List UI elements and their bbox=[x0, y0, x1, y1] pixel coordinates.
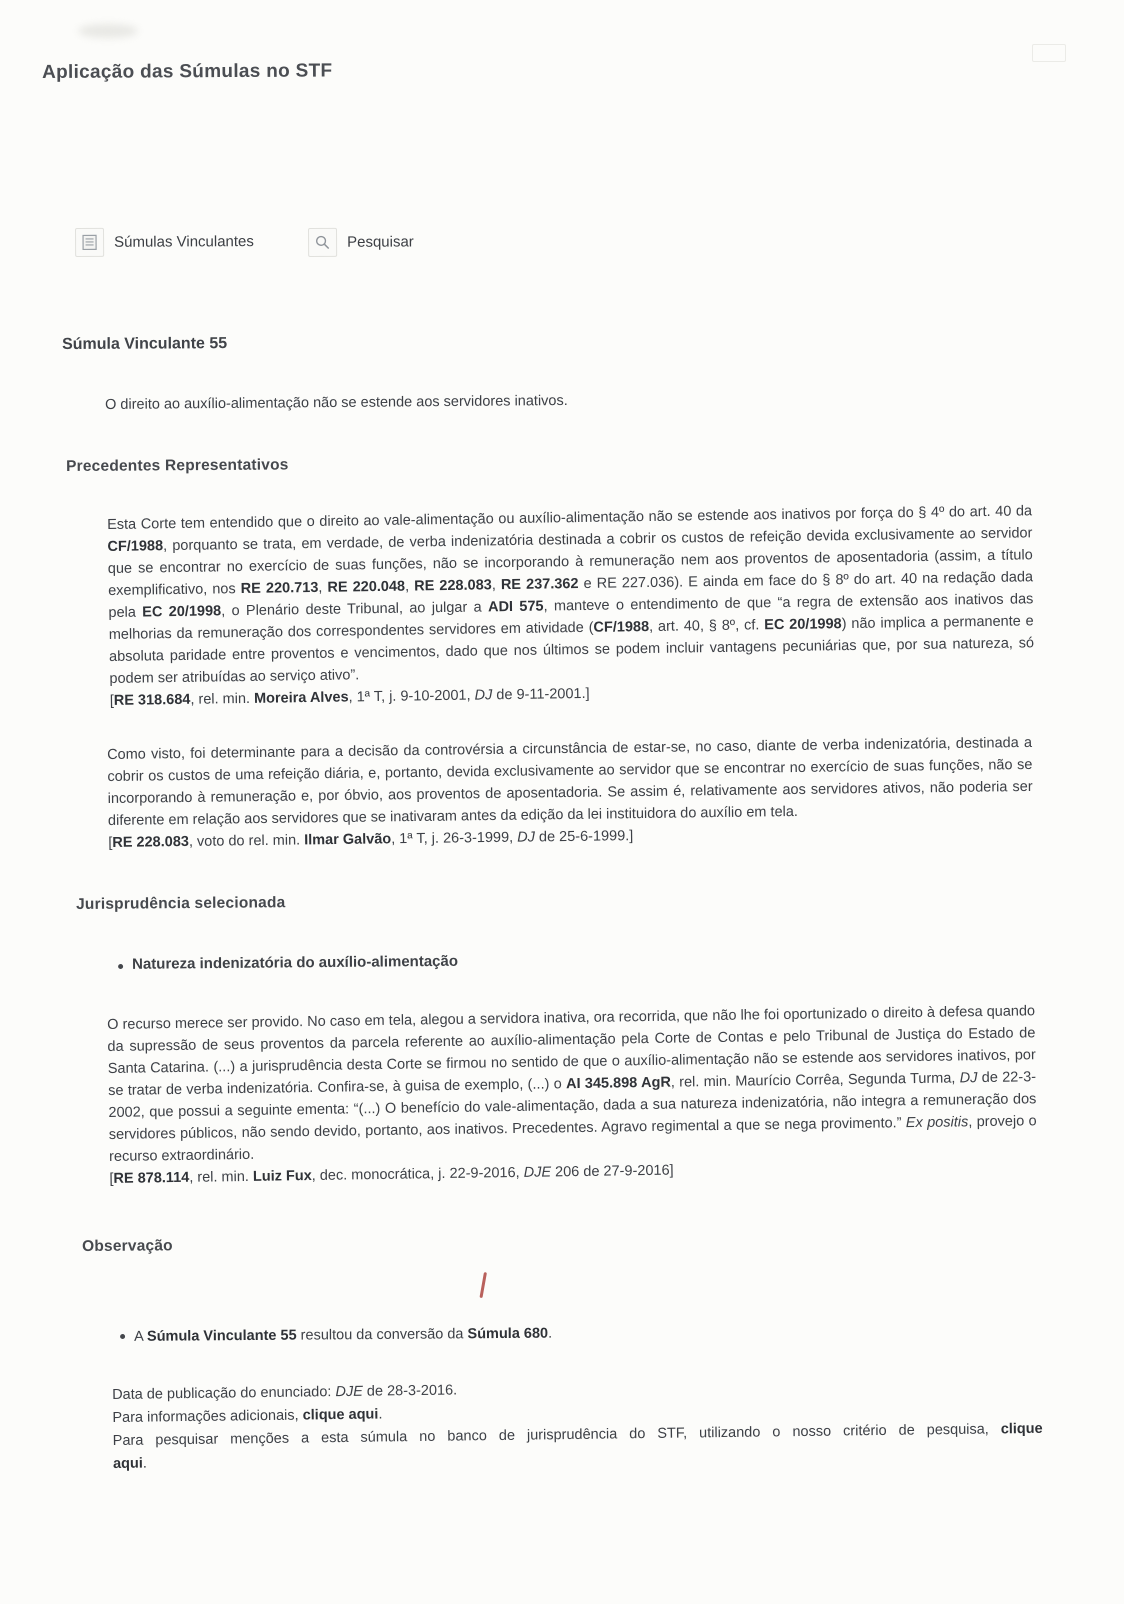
precedentes-heading: Precedentes Representativos bbox=[66, 456, 289, 476]
clique-aqui-link[interactable]: clique aqui bbox=[303, 1407, 379, 1424]
precedente-item: Como visto, foi determinante para a deci… bbox=[107, 732, 1033, 854]
page-title: Aplicação das Súmulas no STF bbox=[42, 60, 332, 84]
scan-artifact-box bbox=[1032, 44, 1066, 62]
footer: Data de publicação do enunciado: DJE de … bbox=[112, 1372, 1043, 1476]
observacao-heading: Observação bbox=[82, 1237, 173, 1256]
document-list-icon bbox=[75, 228, 104, 257]
info-line-period: . bbox=[378, 1406, 382, 1422]
tab-label: Súmulas Vinculantes bbox=[114, 233, 254, 251]
info-line-text: Para informações adicionais, bbox=[112, 1408, 302, 1426]
search-icon bbox=[308, 228, 337, 257]
tab-sumulas-vinculantes[interactable]: Súmulas Vinculantes bbox=[75, 227, 254, 257]
sumula-enunciado: O direito ao auxílio-alimentação não se … bbox=[105, 387, 925, 416]
observacao-note-line: A Súmula Vinculante 55 resultou da conve… bbox=[120, 1323, 552, 1348]
precedente-body: Esta Corte tem entendido que o direito a… bbox=[107, 500, 1035, 690]
jurisprudencia-topic-line: Natureza indenizatória do auxílio-alimen… bbox=[118, 953, 458, 973]
jurisprudencia-heading: Jurisprudência selecionada bbox=[76, 894, 286, 914]
sumula-heading: Súmula Vinculante 55 bbox=[62, 335, 227, 354]
precedente-item: Esta Corte tem entendido que o direito a… bbox=[107, 500, 1035, 712]
jurisprudencia-topic: Natureza indenizatória do auxílio-alimen… bbox=[132, 953, 458, 973]
precedente-body: Como visto, foi determinante para a deci… bbox=[107, 732, 1033, 832]
clique-aqui-link[interactable]: clique bbox=[1001, 1421, 1043, 1438]
bullet-icon bbox=[118, 964, 123, 969]
tab-label: Pesquisar bbox=[347, 233, 414, 250]
scan-smudge bbox=[78, 24, 138, 38]
jurisprudencia-item: O recurso merece ser provido. No caso em… bbox=[107, 1000, 1038, 1190]
search-line-period: . bbox=[143, 1456, 147, 1472]
observacao-note: A Súmula Vinculante 55 resultou da conve… bbox=[134, 1323, 552, 1348]
bullet-icon bbox=[120, 1334, 125, 1339]
jurisprudencia-body: O recurso merece ser provido. No caso em… bbox=[107, 1000, 1037, 1168]
scanned-page: { "page_title": "Aplicação das Súmulas n… bbox=[0, 0, 1124, 1604]
tab-pesquisar[interactable]: Pesquisar bbox=[308, 227, 414, 257]
clique-aqui-link[interactable]: aqui bbox=[113, 1456, 143, 1472]
pen-mark bbox=[479, 1272, 486, 1298]
